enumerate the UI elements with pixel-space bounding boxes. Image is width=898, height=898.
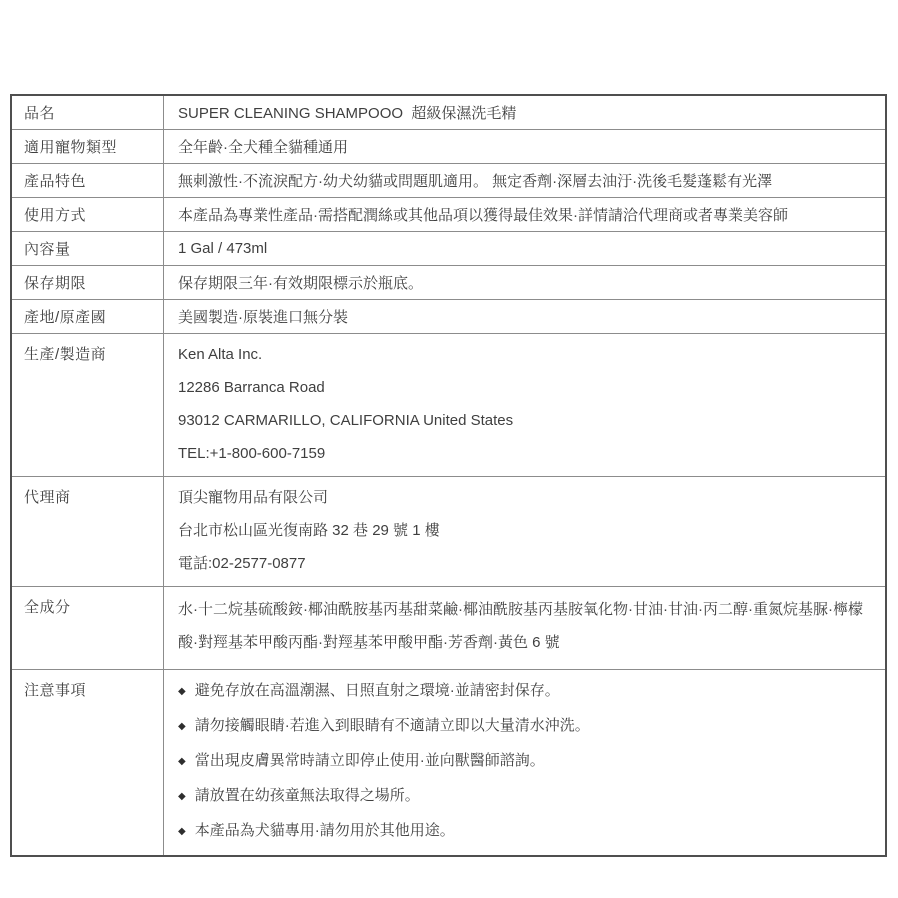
table-row-cautions: 注意事項 ◆ 避免存放在高溫潮濕、日照直射之環境·並請密封保存。 ◆ 請勿接觸眼… <box>12 669 885 855</box>
row-label: 全成分 <box>12 587 164 669</box>
diamond-bullet-icon: ◆ <box>178 815 186 848</box>
features-text: 無刺激性·不流淚配方·幼犬幼貓或問題肌適用。 無定香劑·深層去油汙·洗後毛髮蓬鬆… <box>178 170 772 191</box>
table-row-usage: 使用方式 本產品為專業性產品·需搭配潤絲或其他品項以獲得最佳效果·詳情請洽代理商… <box>12 197 885 231</box>
distributor-name: 頂尖寵物用品有限公司 <box>178 481 873 514</box>
row-label: 代理商 <box>12 477 164 586</box>
row-value: Ken Alta Inc. 12286 Barranca Road 93012 … <box>164 334 885 476</box>
manufacturer-name: Ken Alta Inc. <box>178 338 873 371</box>
shelf-life-text: 保存期限三年·有效期限標示於瓶底。 <box>178 272 423 293</box>
volume-text: 1 Gal / 473ml <box>178 240 267 257</box>
table-row-distributor: 代理商 頂尖寵物用品有限公司 台北市松山區光復南路 32 巷 29 號 1 樓 … <box>12 476 885 586</box>
label-text: 全成分 <box>24 596 71 617</box>
row-label: 生產/製造商 <box>12 334 164 476</box>
row-value: 無刺激性·不流淚配方·幼犬幼貓或問題肌適用。 無定香劑·深層去油汙·洗後毛髮蓬鬆… <box>164 164 885 197</box>
product-name-text: SUPER CLEANING SHAMPOOO 超級保濕洗毛精 <box>178 102 516 123</box>
manufacturer-street: 12286 Barranca Road <box>178 371 873 404</box>
diamond-bullet-icon: ◆ <box>178 710 186 743</box>
row-value: 全年齡·全犬種全貓種通用 <box>164 130 885 163</box>
row-label: 保存期限 <box>12 266 164 299</box>
manufacturer-phone: TEL:+1-800-600-7159 <box>178 437 873 470</box>
diamond-bullet-icon: ◆ <box>178 745 186 778</box>
row-value: 頂尖寵物用品有限公司 台北市松山區光復南路 32 巷 29 號 1 樓 電話:0… <box>164 477 885 586</box>
row-label: 注意事項 <box>12 670 164 855</box>
note-text: 避免存放在高溫潮濕、日照直射之環境·並請密封保存。 <box>195 674 560 707</box>
origin-text: 美國製造·原裝進口無分裝 <box>178 306 348 327</box>
row-value: 本產品為專業性產品·需搭配潤絲或其他品項以獲得最佳效果·詳情請洽代理商或者專業美… <box>164 198 885 231</box>
diamond-bullet-icon: ◆ <box>178 675 186 708</box>
row-value: SUPER CLEANING SHAMPOOO 超級保濕洗毛精 <box>164 96 885 129</box>
note-item: ◆ 避免存放在高溫潮濕、日照直射之環境·並請密封保存。 <box>178 674 873 709</box>
label-text: 產品特色 <box>24 170 86 191</box>
note-text: 請勿接觸眼睛·若進入到眼睛有不適請立即以大量清水沖洗。 <box>195 709 590 742</box>
table-row-origin: 產地/原產國 美國製造·原裝進口無分裝 <box>12 299 885 333</box>
table-row-manufacturer: 生產/製造商 Ken Alta Inc. 12286 Barranca Road… <box>12 333 885 476</box>
row-value: 1 Gal / 473ml <box>164 232 885 265</box>
note-text: 請放置在幼孩童無法取得之場所。 <box>195 779 420 812</box>
row-value: ◆ 避免存放在高溫潮濕、日照直射之環境·並請密封保存。 ◆ 請勿接觸眼睛·若進入… <box>164 670 885 855</box>
distributor-phone: 電話:02-2577-0877 <box>178 547 873 580</box>
label-text: 注意事項 <box>24 679 86 700</box>
label-text: 品名 <box>24 102 55 123</box>
table-row-features: 產品特色 無刺激性·不流淚配方·幼犬幼貓或問題肌適用。 無定香劑·深層去油汙·洗… <box>12 163 885 197</box>
label-text: 內容量 <box>24 238 71 259</box>
label-text: 產地/原產國 <box>24 306 106 327</box>
row-label: 使用方式 <box>12 198 164 231</box>
label-text: 代理商 <box>24 486 71 507</box>
table-row-shelf-life: 保存期限 保存期限三年·有效期限標示於瓶底。 <box>12 265 885 299</box>
row-value: 保存期限三年·有效期限標示於瓶底。 <box>164 266 885 299</box>
product-spec-table: 品名 SUPER CLEANING SHAMPOOO 超級保濕洗毛精 適用寵物類… <box>10 94 887 857</box>
usage-text: 本產品為專業性產品·需搭配潤絲或其他品項以獲得最佳效果·詳情請洽代理商或者專業美… <box>178 204 788 225</box>
product-spec-page: 品名 SUPER CLEANING SHAMPOOO 超級保濕洗毛精 適用寵物類… <box>0 0 898 898</box>
diamond-bullet-icon: ◆ <box>178 780 186 813</box>
note-item: ◆ 當出現皮膚異常時請立即停止使用·並向獸醫師諮詢。 <box>178 744 873 779</box>
note-item: ◆ 請勿接觸眼睛·若進入到眼睛有不適請立即以大量清水沖洗。 <box>178 709 873 744</box>
label-text: 適用寵物類型 <box>24 136 117 157</box>
table-row-product-name: 品名 SUPER CLEANING SHAMPOOO 超級保濕洗毛精 <box>12 96 885 129</box>
label-text: 使用方式 <box>24 204 86 225</box>
row-label: 適用寵物類型 <box>12 130 164 163</box>
row-value: 水·十二烷基硫酸銨·椰油酰胺基丙基甜菜鹼·椰油酰胺基丙基胺氧化物·甘油·甘油·丙… <box>164 587 885 669</box>
note-item: ◆ 請放置在幼孩童無法取得之場所。 <box>178 779 873 814</box>
row-value: 美國製造·原裝進口無分裝 <box>164 300 885 333</box>
note-item: ◆ 本產品為犬貓專用·請勿用於其他用途。 <box>178 814 873 849</box>
row-label: 內容量 <box>12 232 164 265</box>
label-text: 生產/製造商 <box>24 343 106 364</box>
pet-type-text: 全年齡·全犬種全貓種通用 <box>178 136 348 157</box>
row-label: 產地/原產國 <box>12 300 164 333</box>
note-text: 本產品為犬貓專用·請勿用於其他用途。 <box>195 814 455 847</box>
table-row-volume: 內容量 1 Gal / 473ml <box>12 231 885 265</box>
ingredients-text: 水·十二烷基硫酸銨·椰油酰胺基丙基甜菜鹼·椰油酰胺基丙基胺氧化物·甘油·甘油·丙… <box>178 591 873 663</box>
row-label: 產品特色 <box>12 164 164 197</box>
label-text: 保存期限 <box>24 272 86 293</box>
note-text: 當出現皮膚異常時請立即停止使用·並向獸醫師諮詢。 <box>195 744 545 777</box>
row-label: 品名 <box>12 96 164 129</box>
distributor-address: 台北市松山區光復南路 32 巷 29 號 1 樓 <box>178 514 873 547</box>
table-row-pet-type: 適用寵物類型 全年齡·全犬種全貓種通用 <box>12 129 885 163</box>
table-row-ingredients: 全成分 水·十二烷基硫酸銨·椰油酰胺基丙基甜菜鹼·椰油酰胺基丙基胺氧化物·甘油·… <box>12 586 885 669</box>
manufacturer-city: 93012 CARMARILLO, CALIFORNIA United Stat… <box>178 404 873 437</box>
